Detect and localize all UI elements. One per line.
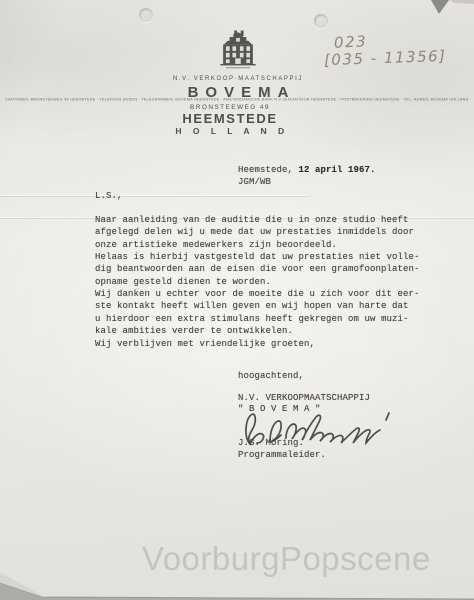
paragraph-2: Helaas is hierbij vastgesteld dat uw pre…: [95, 251, 425, 288]
logo-wrap: [120, 30, 356, 75]
page-corner-shadow: [0, 0, 474, 24]
paper-bottom-edge: [0, 560, 474, 600]
address-block: BRONSTEEWEG 49 HEEMSTEDE H O L L A N D: [120, 104, 340, 136]
bovema-house-logo-icon: [212, 30, 264, 70]
address-city: HEEMSTEDE: [120, 111, 340, 126]
fold-crease-upper: [0, 196, 310, 197]
signer-title: Programmaleider.: [238, 449, 326, 461]
dateline-date: 12 april 1967.: [299, 165, 376, 175]
paragraph-3: Wij danken u echter voor de moeite die u…: [95, 288, 425, 337]
address-country: H O L L A N D: [120, 126, 340, 136]
paragraph-1: Naar aanleiding van de auditie die u in …: [95, 214, 425, 251]
scanned-letter-page: N.V. VERKOOP·MAATSCHAPPIJ BOVEMA KANTORE…: [0, 0, 474, 600]
signer-name: J.G. Möring.: [238, 437, 304, 449]
letterhead: N.V. VERKOOP·MAATSCHAPPIJ BOVEMA: [120, 30, 356, 101]
dateline: Heemstede, 12 april 1967.: [238, 164, 376, 176]
company-prefix: N.V. VERKOOP·MAATSCHAPPIJ: [120, 76, 356, 82]
paragraph-4: Wij verblijven met vriendelijke groeten,: [95, 338, 425, 350]
fine-print: KANTOREN: BRONSTEEWEG 49 HEEMSTEDE · TEL…: [0, 98, 474, 102]
reference-code: JGM/WB: [238, 176, 271, 188]
closing: hoogachtend,: [238, 370, 304, 382]
dateline-city: Heemstede,: [238, 165, 293, 175]
handwritten-bracket: [035 - 11356]: [324, 47, 447, 69]
salutation: L.S.,: [95, 190, 123, 202]
address-street: BRONSTEEWEG 49: [120, 104, 340, 111]
